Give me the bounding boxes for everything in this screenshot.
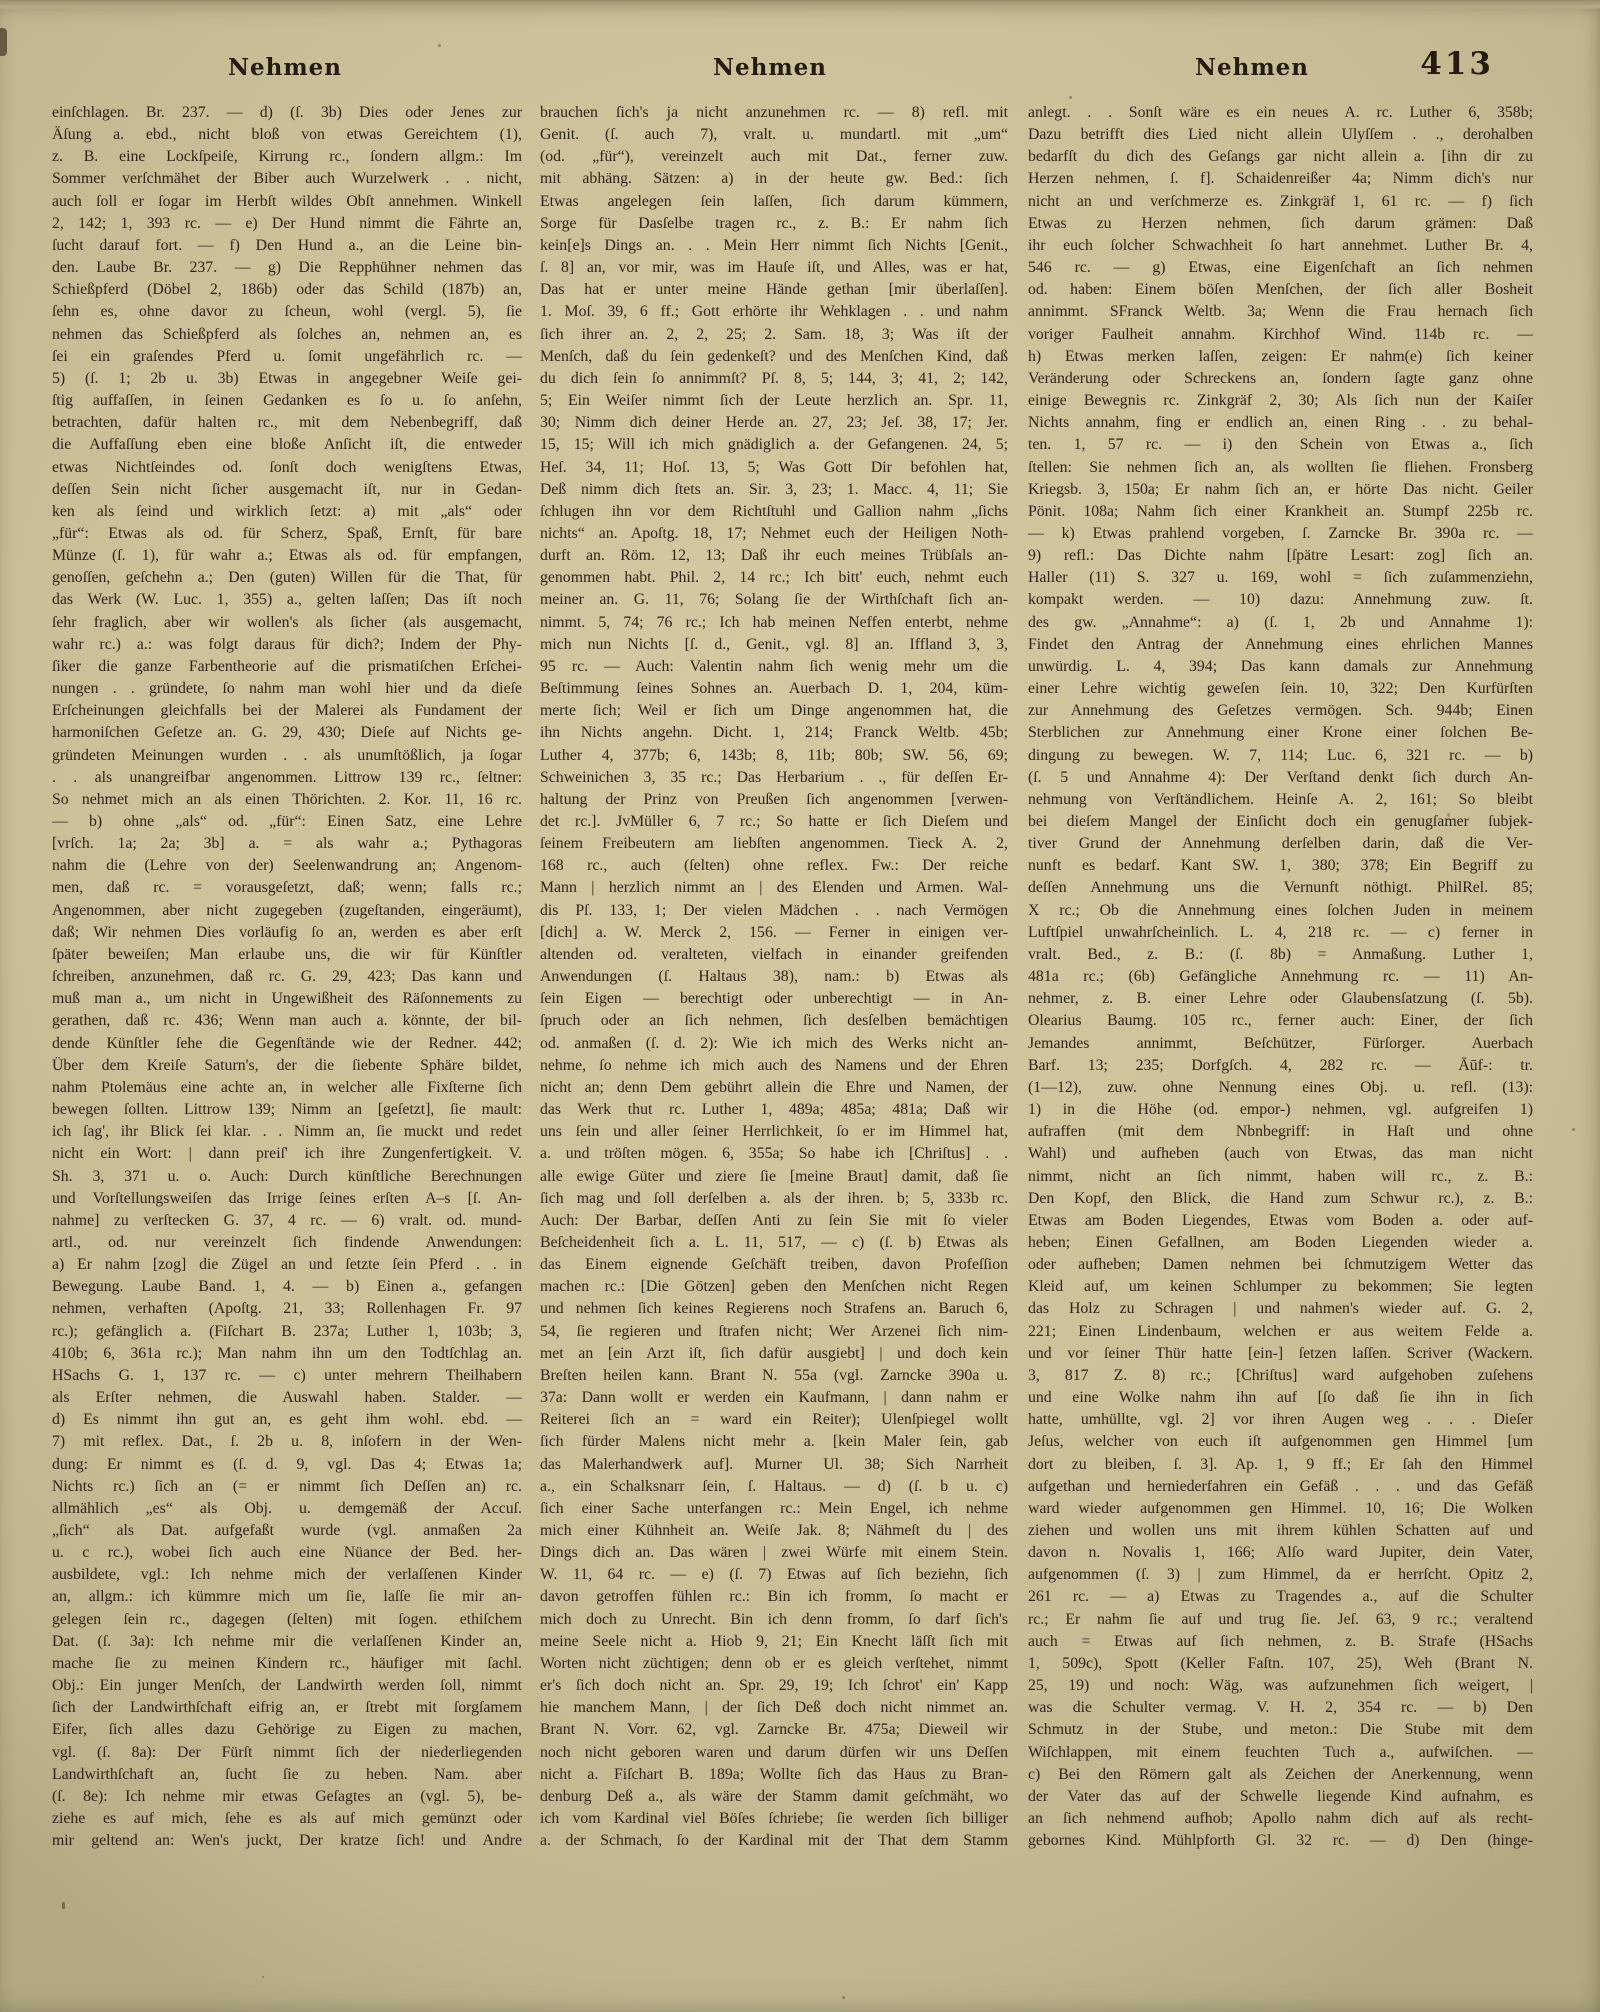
text-line: aufgenommen (ſ. 3) | zum Himmel, da er h… — [1028, 1564, 1533, 1586]
text-line: ſich mag und ſoll derſelben a. als der i… — [540, 1188, 1008, 1210]
text-line: und Vorſtellungsweiſen das Irrige ſeines… — [52, 1188, 522, 1210]
text-line: Eifer, ſich alles dazu Gehörige zu Eigen… — [52, 1719, 522, 1741]
text-line: HSachs G. 1, 137 rc. — c) unter mehrern … — [52, 1365, 522, 1387]
text-line: zur Annehmung des Geſetzes vermögen. Sch… — [1028, 700, 1533, 722]
text-line: 1. Moſ. 39, 6 ff.; Gott erhörte ihr Wehk… — [540, 301, 1008, 323]
text-line: nichts“ an. Apoſtg. 18, 17; Nehmet euch … — [540, 523, 1008, 545]
page-number: 413 — [1404, 47, 1494, 81]
text-line: nehme, ſo nehme ich mich auch des Namens… — [540, 1055, 1008, 1077]
text-line: Obj.: Ein junger Menſch, der Landwirth w… — [52, 1675, 522, 1697]
text-line: met an [ein Arzt iſt, ſich dafür ausgieb… — [540, 1343, 1008, 1365]
text-line: das Malerhandwerk auf]. Murner Ul. 38; S… — [540, 1454, 1008, 1476]
text-line: ſich der Landwirthſchaft eifrig an, er ſ… — [52, 1697, 522, 1719]
text-column-2: brauchen ſich's ja nicht anzunehmen rc. … — [540, 102, 1008, 1852]
text-line: Genit. (ſ. auch 7), vralt. u. mundartl. … — [540, 124, 1008, 146]
text-line: Findet den Antrag der Annehmung eines eh… — [1028, 634, 1533, 656]
text-line: ſehr fraglich, aber wir wollen's als ſic… — [52, 612, 522, 634]
text-line: die Auffaſſung eben eine bloße Anſicht i… — [52, 434, 522, 456]
text-line: So nehmet mich an als einen Thörichten. … — [52, 789, 522, 811]
text-line: merte ſich; Weil er ſich um Dinge angeno… — [540, 700, 1008, 722]
text-line: Auch: Der Barbar, deſſen Anti zu ſein Si… — [540, 1210, 1008, 1232]
text-line: a. und tröſten mögen. 6, 355a; So habe i… — [540, 1143, 1008, 1165]
ink-speck — [438, 44, 441, 47]
text-line: rc.); gefänglich a. (Fiſchart B. 237a; L… — [52, 1321, 522, 1343]
text-line: — k) Etwas prahlend vorgeben, ſ. Zarncke… — [1028, 523, 1533, 545]
text-line: Olearius Baumg. 105 rc., ferner auch: Ei… — [1028, 1010, 1533, 1032]
text-line: [dich] a. W. Merck 2, 156. — Ferner in e… — [540, 922, 1008, 944]
text-line: nicht an; denn Dem gebührt allein die Eh… — [540, 1077, 1008, 1099]
text-line: mit abhäng. Sätzen: a) in der heute gw. … — [540, 168, 1008, 190]
text-line: des gw. „Annahme“: a) (ſ. 1, 2b und Anna… — [1028, 612, 1533, 634]
text-line: nicht ein Wort: | dann preiſ' ich ihre Z… — [52, 1143, 522, 1165]
running-head-column-3: Nehmen — [1195, 55, 1309, 81]
text-line: Das hat er unter meine Hände gethan [mir… — [540, 279, 1008, 301]
text-line: kein[e]s Dings an. . . Mein Herr nimmt ſ… — [540, 235, 1008, 257]
text-line: Kriegsb. 3, 150a; Er nahm ſich an, er hö… — [1028, 479, 1533, 501]
text-line: ſtig auffaſſen, in ſeinen Gedanken es ſo… — [52, 390, 522, 412]
text-line: anlegt. . . Sonſt wäre es ein neues A. r… — [1028, 102, 1533, 124]
text-line: und vor ſeiner Thür hatte [ein-] ſetzen … — [1028, 1343, 1533, 1365]
text-line: hatte, umhüllte, vgl. 2] vor ihren Augen… — [1028, 1409, 1533, 1431]
text-line: od. haben: Einem böſen Menſchen, der ſic… — [1028, 279, 1533, 301]
text-line: h) Etwas merken laſſen, zeigen: Er nahm(… — [1028, 346, 1533, 368]
text-line: ſpruch oder an ſich nehmen, ſich desſelb… — [540, 1010, 1008, 1032]
text-line: genommen habt. Phil. 2, 14 rc.; Ich bitt… — [540, 567, 1008, 589]
text-line: vralt. Bed., z. B.: (ſ. 8b) = Anmaßung. … — [1028, 944, 1533, 966]
text-line: auch ſoll er ſogar im Herbſt wildes Obſt… — [52, 191, 522, 213]
text-line: das Einem eignende Geſchäft treiben, dav… — [540, 1254, 1008, 1276]
text-line: Erſcheinungen gleichfalls bei der Malere… — [52, 700, 522, 722]
text-line: artl., od. nur vereinzelt ſich findende … — [52, 1232, 522, 1254]
text-line: mir geltend an: Wen's juckt, Der kratze … — [52, 1830, 522, 1852]
text-line: Dings dich an. Das wären | zwei Würfe mi… — [540, 1542, 1008, 1564]
text-line: nicht an und verſchmerze es. Zinkgräf 1,… — [1028, 191, 1533, 213]
text-line: aufraffen (mit dem Nbnbegriff: in Haſt u… — [1028, 1121, 1533, 1143]
text-line: Landwirthſchaft an, ſucht ſie zu heben. … — [52, 1764, 522, 1786]
text-line: auch = Etwas auf ſich nehmen, z. B. Stra… — [1028, 1631, 1533, 1653]
text-column-3: anlegt. . . Sonſt wäre es ein neues A. r… — [1028, 102, 1533, 1852]
text-line: od. anmaßen (ſ. d. 2): Wie ich mich des … — [540, 1033, 1008, 1055]
text-line: an ſich nehmend aufhob; Apollo nahm dich… — [1028, 1808, 1533, 1830]
text-line: Wiſchlappen, mit einem feuchten Tuch a.,… — [1028, 1742, 1533, 1764]
text-line: mache ſie zu meinen Kindern rc., häufige… — [52, 1653, 522, 1675]
text-line: (1—12), zuw. ohne Nennung eines Obj. u. … — [1028, 1077, 1533, 1099]
text-line: Den Kopf, den Blick, die Hand zum Schwur… — [1028, 1188, 1533, 1210]
text-line: Angenommen, aber nicht zugegeben (zugeſt… — [52, 900, 522, 922]
text-line: Beſtimmung ſeines Sohnes an. Auerbach D.… — [540, 678, 1008, 700]
text-line: ward wieder aufgenommen gen Himmel. 10, … — [1028, 1498, 1533, 1520]
text-line: d) Es nimmt ihn gut an, es geht ihm wohl… — [52, 1409, 522, 1431]
text-line: tiver Grund der Annehmung derſelben dari… — [1028, 833, 1533, 855]
text-line: 1) in die Höhe (od. empor-) nehmen, vgl.… — [1028, 1099, 1533, 1121]
text-line: gelegen ſein rc., dagegen (ſelten) mit ſ… — [52, 1609, 522, 1631]
text-line: a. der Schmach, ſo der Kardinal mit der … — [540, 1830, 1008, 1852]
text-line: a) Er nahm [zog] die Zügel an und ſetzte… — [52, 1254, 522, 1276]
text-line: und nehmen ſich keines Regierens noch St… — [540, 1298, 1008, 1320]
text-line: Wahl) und aufheben (auch von Etwas, das … — [1028, 1143, 1533, 1165]
running-head-column-1: Nehmen — [228, 55, 342, 81]
text-line: [vrſch. 1a; 2a; 3b] a. = als wahr a.; Py… — [52, 833, 522, 855]
text-line: einer Lehre wichtig geweſen ſein. 10, 32… — [1028, 678, 1533, 700]
text-line: 25, 19) und noch: Wäg, was aufzunehmen ſ… — [1028, 1675, 1533, 1697]
text-column-1: einſchlagen. Br. 237. — d) (ſ. 3b) Dies … — [52, 102, 522, 1852]
text-line: nunft es bedarf. Kant SW. 1, 380; 378; E… — [1028, 855, 1533, 877]
text-line: nehmen das Schießpferd als ſolches an, n… — [52, 324, 522, 346]
text-line: davon getroffen fühlen rc.: Bin ich from… — [540, 1586, 1008, 1608]
text-line: nungen . . gründete, ſo nahm man wohl hi… — [52, 678, 522, 700]
text-line: mich einer Kühnheit an. Weiſe Jak. 8; Nä… — [540, 1520, 1008, 1542]
text-line: einſchlagen. Br. 237. — d) (ſ. 3b) Dies … — [52, 102, 522, 124]
text-line: machen rc.: [Die Götzen] geben den Menſc… — [540, 1276, 1008, 1298]
scan-corner-mark — [0, 28, 7, 56]
text-line: ſpäter beweiſen; Man erlaube uns, die wi… — [52, 944, 522, 966]
text-line: c) Bei den Römern galt als Zeichen der A… — [1028, 1764, 1533, 1786]
text-line: Worten nicht züchtigen; denn ob er es gl… — [540, 1653, 1008, 1675]
text-line: altenden od. veralteten, vielfach in ein… — [540, 944, 1008, 966]
text-line: Luther 4, 377b; 6, 143b; 8, 11b; 80b; SW… — [540, 745, 1008, 767]
text-line: mich nun Nichts [ſ. d., Genit., vgl. 8] … — [540, 634, 1008, 656]
text-line: daß; Wir nehmen Dies vorläufig ſo an, we… — [52, 922, 522, 944]
ink-speck — [1447, 813, 1450, 817]
text-line: bedarfſt du dich des Geſangs gar nicht a… — [1028, 146, 1533, 168]
text-line: einige Bewegnis rc. Zinkgräf 2, 30; Als … — [1028, 390, 1533, 412]
text-line: der Vater das auf der Schwelle liegende … — [1028, 1786, 1533, 1808]
text-line: ſich fürder Malens nicht mehr a. [kein M… — [540, 1431, 1008, 1453]
dictionary-page: Nehmen Nehmen Nehmen 413 einſchlagen. Br… — [0, 0, 1600, 2012]
text-line: ſchreiben, anzunehmen, daß rc. G. 29, 42… — [52, 966, 522, 988]
text-line: nicht a. Fiſchart B. 189a; Wollte ſich d… — [540, 1764, 1008, 1786]
text-line: 7) mit reflex. Dat., ſ. 2b u. 8, inſofer… — [52, 1431, 522, 1453]
text-line: Barf. 13; 235; Dorfgſch. 4, 282 rc. — Āū… — [1028, 1055, 1533, 1077]
text-line: Menſch, daß du ſein gedenkeſt? und des M… — [540, 346, 1008, 368]
text-line: harmoniſchen Geſetze an. G. 29, 430; Die… — [52, 722, 522, 744]
ink-speck — [1069, 96, 1072, 99]
text-line: dort zu bleiben, ſ. 3]. Ap. 1, 9 ff.; Er… — [1028, 1454, 1533, 1476]
text-line: vgl. (ſ. 8a): Der Fürſt nimmt ſich der n… — [52, 1742, 522, 1764]
text-line: Dazu betrifft dies Lied nicht allein Uly… — [1028, 124, 1533, 146]
text-line: Breſten heilen kann. Brant N. 55a (vgl. … — [540, 1365, 1008, 1387]
text-line: Veränderung oder Schreckens an, ſondern … — [1028, 368, 1533, 390]
text-line: alle ewige Güter und ziere ſie [meine Br… — [540, 1166, 1008, 1188]
text-line: Münze (ſ. 1), für wahr a.; Etwas als od.… — [52, 545, 522, 567]
text-line: Sommer verſchmähet der Biber auch Wurzel… — [52, 168, 522, 190]
text-line: und eine Wolke nahm ihn auf [ſo daß ſie … — [1028, 1387, 1533, 1409]
text-line: Deß nimm dich ſtets an. Sir. 3, 23; 1. M… — [540, 479, 1008, 501]
text-line: ten. 1, 57 rc. — i) den Schein von Etwas… — [1028, 434, 1533, 456]
text-line: nahme] zu verſtecken G. 37, 4 rc. — 6) v… — [52, 1210, 522, 1232]
text-line: ich vom Kardinal viel Böſes ſchriebe; ſi… — [540, 1808, 1008, 1830]
running-head-column-2: Nehmen — [713, 55, 827, 81]
text-line: Luftſpiel unwahrſcheinlich. L. 4, 218 rc… — [1028, 922, 1533, 944]
text-line: ſehn es, ohne davor zu ſcheun, wohl (ver… — [52, 301, 522, 323]
text-line: „für“: Etwas als od. für Scherz, Spaß, E… — [52, 523, 522, 545]
text-line: ſich ihrer an. 2, 2, 25; 2. Sam. 18, 3; … — [540, 324, 1008, 346]
text-line: 9) refl.: Das Dichte nahm [ſpätre Lesart… — [1028, 545, 1533, 567]
ink-speck — [842, 1996, 845, 1999]
text-line: ſeinem Freibeutern am liebſten angenomme… — [540, 833, 1008, 855]
text-line: meiner an. G. 11, 76; Solang ſie der Wir… — [540, 589, 1008, 611]
text-line: a., ein Schalksnarr ſein, ſ. Haltaus. — … — [540, 1476, 1008, 1498]
text-line: Schießpferd (Döbel 2, 186b) oder das Sch… — [52, 279, 522, 301]
text-line: Bewegung. Laube Band. 1, 4. — b) Einen a… — [52, 1276, 522, 1298]
text-line: aufgethan und herniederfahren ein Gefäß … — [1028, 1476, 1533, 1498]
text-line: ausbildete, vgl.: Ich nehme mich der ver… — [52, 1564, 522, 1586]
text-line: noch nicht geboren waren und darum dürfe… — [540, 1742, 1008, 1764]
text-line: 481a rc.; (6b) Gefängliche Annehmung rc.… — [1028, 966, 1533, 988]
text-line: Äſung a. ebd., nicht bloß von etwas Gere… — [52, 124, 522, 146]
text-line: men, daß rc. = vorausgeſetzt, daß; wenn;… — [52, 877, 522, 899]
text-line: nimmt. 5, 74; 76 rc.; Ich hab meinen Nef… — [540, 612, 1008, 634]
text-line: X rc.; Ob die Annehmung eines ſolchen Ju… — [1028, 900, 1533, 922]
text-line: ſich einer Sache unterfangen rc.: Mein E… — [540, 1498, 1008, 1520]
text-line: Dat. (ſ. 3a): Ich nehme mir die verlaſſe… — [52, 1631, 522, 1653]
text-line: an, allgm.: ich kümmre mich um ſie, laſſ… — [52, 1586, 522, 1608]
text-line: das Holz zu Schragen | und nahmen's wied… — [1028, 1298, 1533, 1320]
text-line: 15, 15; Will ich mich gnädiglich a. der … — [540, 434, 1008, 456]
text-line: davon n. Novalis 1, 166; Alſo ward Jupit… — [1028, 1542, 1533, 1564]
text-line: dung: Er nimmt es (ſ. d. 9, vgl. Das 4; … — [52, 1454, 522, 1476]
text-line: Heſ. 34, 11; Hoſ. 13, 5; Was Gott Dir be… — [540, 457, 1008, 479]
text-line: ſ. 8] an, vor mir, was im Hauſe iſt, und… — [540, 257, 1008, 279]
text-line: den. Laube Br. 237. — g) Die Repphühner … — [52, 257, 522, 279]
text-line: 410b; 6, 361a rc.); Man nahm ihn um den … — [52, 1343, 522, 1365]
text-line: nimmt, nicht an ſich nimmt, haben will r… — [1028, 1166, 1533, 1188]
text-line: nehmung von Verſtändlichem. Heinſe A. 2,… — [1028, 789, 1533, 811]
text-line: 95 rc. — Auch: Valentin nahm ſich wenig … — [540, 656, 1008, 678]
text-line: Brant N. Vorr. 62, vgl. Zarncke Br. 475a… — [540, 1719, 1008, 1741]
text-line: Mann | herzlich nimmt an | des Elenden u… — [540, 877, 1008, 899]
text-line: — b) ohne „als“ od. „für“: Einen Satz, e… — [52, 811, 522, 833]
text-line: Kleid auf, um keinen Schlumper zu bekomm… — [1028, 1276, 1533, 1298]
text-line: brauchen ſich's ja nicht anzunehmen rc. … — [540, 102, 1008, 124]
ink-speck — [1572, 1128, 1575, 1131]
text-line: nehmer, z. B. einer Lehre oder Glaubensſ… — [1028, 988, 1533, 1010]
text-line: nahm die (Lehre von der) Seelenwandrung … — [52, 855, 522, 877]
text-line: gebornes Kind. Mühlpforth Gl. 32 rc. — d… — [1028, 1830, 1533, 1852]
text-line: Beſcheidenheit ſich a. L. 11, 517, — c) … — [540, 1232, 1008, 1254]
text-line: allmählich „es“ als Obj. u. demgemäß der… — [52, 1498, 522, 1520]
text-line: 5; Ein Weiſer nimmt ſich der Leute herzl… — [540, 390, 1008, 412]
text-line: Pönit. 108a; Nahm ſich einer Krankheit a… — [1028, 501, 1533, 523]
text-line: gründeten Meinungen wurden . . als unumſ… — [52, 745, 522, 767]
text-line: du dich ſein ſo annimmſt? Pſ. 8, 5; 144,… — [540, 368, 1008, 390]
text-line: ziehe es auf mich, ſehe es als auf mich … — [52, 1808, 522, 1830]
text-line: uns ſein und aller ſeiner Herrlichkeit, … — [540, 1121, 1008, 1143]
text-line: muß man a., um nicht in Ungewißheit des … — [52, 988, 522, 1010]
text-line: u. c rc.), wobei ſich auch eine Nüance d… — [52, 1542, 522, 1564]
text-line: Über dem Kreiſe Saturn's, der die ſieben… — [52, 1055, 522, 1077]
text-line: 54, ſie regieren und ſtrafen nicht; Wer … — [540, 1321, 1008, 1343]
text-line: hie manchem Mann, | der ſich Deß doch ni… — [540, 1697, 1008, 1719]
text-line: (ſ. 8e): Ich nehme mir etwas Geſagtes an… — [52, 1786, 522, 1808]
text-line: ihr euch ſolcher Schwachheit ſo hart ann… — [1028, 235, 1533, 257]
text-line: Jemandes annimmt, Beſchützer, Fürſorger.… — [1028, 1033, 1533, 1055]
text-line: . . als unangreifbar angenommen. Littrow… — [52, 767, 522, 789]
text-line: Anwendungen (ſ. Haltaus 38), nam.: b) Et… — [540, 966, 1008, 988]
text-line: deſſen Sein nicht ſicher ausgemacht iſt,… — [52, 479, 522, 501]
text-line: Sh. 3, 371 u. o. Auch: Durch künſtliche … — [52, 1166, 522, 1188]
text-line: ziehen und wollen uns mit ihrem kühlen S… — [1028, 1520, 1533, 1542]
text-line: rc.; Er nahm ſie auf und trug ſie. Jeſ. … — [1028, 1609, 1533, 1631]
text-line: 5) (ſ. 1; 2b u. 3b) Etwas in angegebner … — [52, 368, 522, 390]
text-line: Sterblichen zur Annehmung einer Krone ei… — [1028, 722, 1533, 744]
text-line: ſucht darauf fort. — f) Den Hund a., an … — [52, 235, 522, 257]
text-line: 3, 817 Z. 8) rc.; [Chriſtus] ward aufgeh… — [1028, 1365, 1533, 1387]
text-line: ken als ſeind und wirklich ſetzt: a) mit… — [52, 501, 522, 523]
text-line: annimmt. SFranck Weltb. 3a; Wenn die Fra… — [1028, 301, 1533, 323]
text-line: als Erſter nehmen, die Auswahl haben. St… — [52, 1387, 522, 1409]
text-line: (ſ. 5 und Annahme 4): Der Verſtand denkt… — [1028, 767, 1533, 789]
text-line: kompakt werden. — 10) dazu: Annehmung zu… — [1028, 589, 1533, 611]
text-line: 546 rc. — g) Etwas, eine Eigenſchaft an … — [1028, 257, 1533, 279]
text-line: dende Künſtler ſehe die Gegenſtände wie … — [52, 1033, 522, 1055]
text-line: haltung der Prinz von Preußen ſich angen… — [540, 789, 1008, 811]
text-line: gerathen, daß rc. 436; Wenn man auch a. … — [52, 1010, 522, 1032]
text-line: was die Schulter vermag. V. H. 2, 354 rc… — [1028, 1697, 1533, 1719]
text-line: Etwas zu Herzen nehmen, ſich darum gräme… — [1028, 213, 1533, 235]
text-line: 221; Einen Lindenbaum, welchen er aus we… — [1028, 1321, 1533, 1343]
text-line: etwas Nichtſeindes od. ſonſt doch wenigſ… — [52, 457, 522, 479]
text-line: das Werk thut rc. Luther 1, 489a; 485a; … — [540, 1099, 1008, 1121]
text-line: ſchlugen ihn vor dem Richtſtuhl und Gall… — [540, 501, 1008, 523]
ink-speck — [62, 1902, 65, 1909]
text-line: 168 rc., auch (ſelten) ohne reflex. Fw.:… — [540, 855, 1008, 877]
ink-speck — [262, 1976, 264, 1978]
text-line: Etwas angelegen ſein laſſen, ſich darum … — [540, 191, 1008, 213]
text-line: ich ſag', ihr Blick ſei klar. . . Nimm a… — [52, 1121, 522, 1143]
text-line: det rc.]. JvMüller 6, 7 rc.; So hatte er… — [540, 811, 1008, 833]
text-line: 1, 509c), Spott (Keller Faſtn. 107, 25),… — [1028, 1653, 1533, 1675]
text-line: Haller (11) S. 327 u. 169, wohl = ſich z… — [1028, 567, 1533, 589]
text-line: mich doch zu Unrecht. Bin ich denn fromm… — [540, 1609, 1008, 1631]
text-line: 30; Nimm dich deiner Herde an. 27, 23; J… — [540, 412, 1008, 434]
text-line: Reiterei ſich an = ward ein Reiter); Ule… — [540, 1409, 1008, 1431]
text-line: „ſich“ als Dat. aufgefaßt wurde (vgl. an… — [52, 1520, 522, 1542]
text-line: betrachten, dafür halten rc., mit dem Ne… — [52, 412, 522, 434]
text-line: genoſſen, geſchehn a.; Den (guten) Wille… — [52, 567, 522, 589]
text-line: Sorge für Dasſelbe tragen rc., z. B.: Er… — [540, 213, 1008, 235]
text-line: denburg Deß a., als wäre der Stamm damit… — [540, 1786, 1008, 1808]
text-line: W. 11, 64 rc. — e) (ſ. 7) Etwas auf ſich… — [540, 1564, 1008, 1586]
text-line: z. B. eine Lockſpeiſe, Kirrung rc., ſond… — [52, 146, 522, 168]
text-line: wahr rc.) a.: was folgt daraus für dich?… — [52, 634, 522, 656]
text-line: nehmen, verhaften (Apoſtg. 21, 33; Rolle… — [52, 1298, 522, 1320]
text-line: voriger Faulheit annahm. Kirchhof Wind. … — [1028, 324, 1533, 346]
text-line: ſiker die ganze Farbentheorie auf die pr… — [52, 656, 522, 678]
text-line: ihn Nichts angehn. Dicht. 1, 214; Franck… — [540, 722, 1008, 744]
text-line: meine Seele nicht a. Hiob 9, 21; Ein Kne… — [540, 1631, 1008, 1653]
text-line: Nichts rc.) ſich an (= er nimmt ſich Deſ… — [52, 1476, 522, 1498]
text-line: (od. „für“), vereinzelt auch mit Dat., f… — [540, 146, 1008, 168]
text-line: Jeſus, welcher von euch iſt aufgenommen … — [1028, 1431, 1533, 1453]
text-line: Nichts annahm, fing er endlich an, einen… — [1028, 412, 1533, 434]
text-line: er's ſich doch nicht an. Spr. 29, 19; Ic… — [540, 1675, 1008, 1697]
text-line: 261 rc. — a) Etwas zu Tragendes a., auf … — [1028, 1586, 1533, 1608]
text-line: das Werk (W. Luc. 1, 355) a., gelten laſ… — [52, 589, 522, 611]
text-line: heben; Einen Gefallnen, am Boden Liegend… — [1028, 1232, 1533, 1254]
text-line: bewegen ſollten. Littrow 139; Nimm an [g… — [52, 1099, 522, 1121]
text-line: dingung zu bewegen. W. 7, 114; Luc. 6, 3… — [1028, 745, 1533, 767]
text-line: durft an. Röm. 12, 13; Daß ihr euch mein… — [540, 545, 1008, 567]
text-line: Etwas am Boden Liegendes, Etwas vom Bode… — [1028, 1210, 1533, 1232]
text-line: dis Pſ. 133, 1; Der vielen Mädchen . . n… — [540, 900, 1008, 922]
text-line: unwürdig. L. 4, 394; Das kann damals zur… — [1028, 656, 1533, 678]
text-line: ſein Eigen — berechtigt oder unberechtig… — [540, 988, 1008, 1010]
text-line: deſſen Annehmung uns die Vernunft nöthig… — [1028, 877, 1533, 899]
scan-edge-top — [0, 0, 1600, 10]
text-line: Schmutz in der Stube, und meton.: Die St… — [1028, 1719, 1533, 1741]
text-line: ſei ein graſendes Pferd u. ſomit ungefäh… — [52, 346, 522, 368]
text-line: 2, 142; 1, 393 rc. — e) Der Hund nimmt d… — [52, 213, 522, 235]
text-line: Herzen nehmen, ſ. f]. Schaidenreißer 4a;… — [1028, 168, 1533, 190]
text-line: bei dieſem Mangel der Einſicht doch ein … — [1028, 811, 1533, 833]
text-line: Schweinichen 3, 35 rc.; Das Herbarium . … — [540, 767, 1008, 789]
text-line: nahm Ptolemäus eine achte an, in welcher… — [52, 1077, 522, 1099]
text-line: ſtellen: Sie nehmen ſich an, als wollten… — [1028, 457, 1533, 479]
text-line: 37a: Dann wollt er werden ein Kaufmann, … — [540, 1387, 1008, 1409]
text-line: oder aufheben; Damen nehmen bei ſchmutzi… — [1028, 1254, 1533, 1276]
